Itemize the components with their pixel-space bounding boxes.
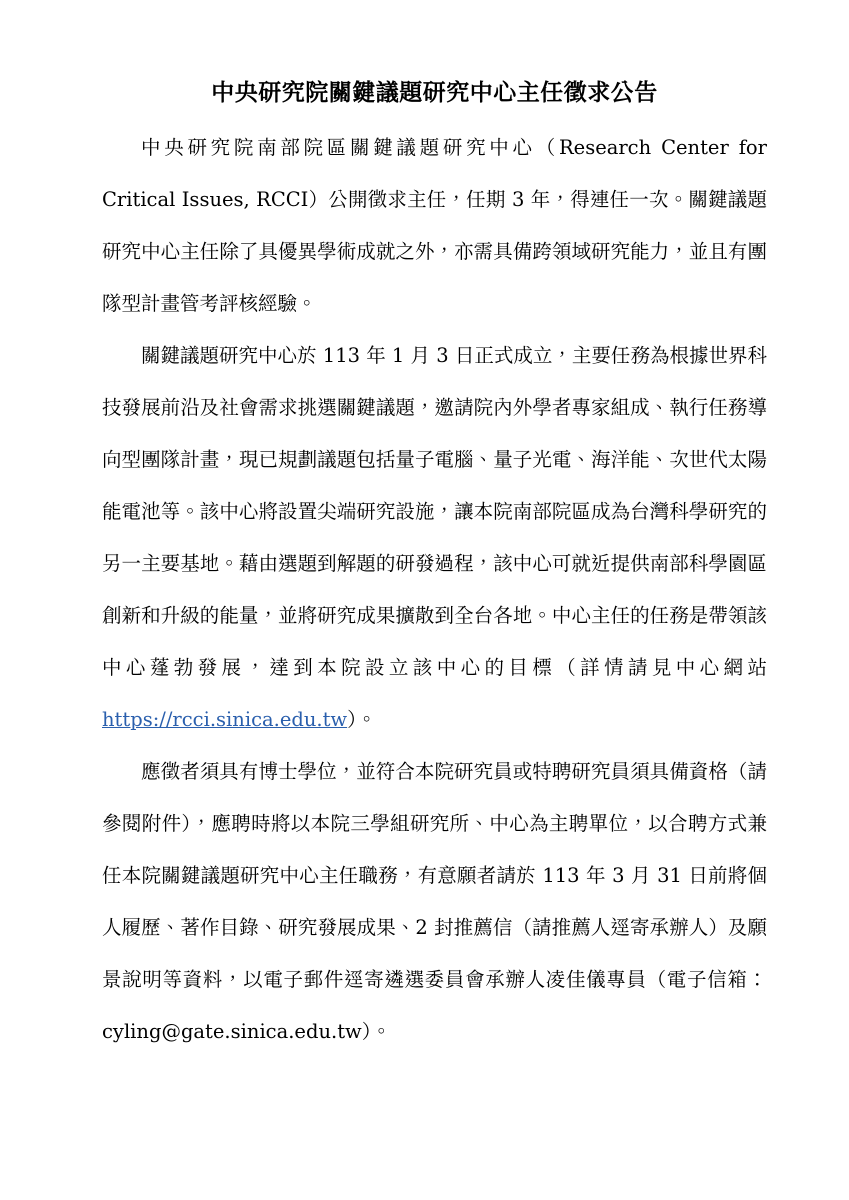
paragraph-application-instructions-closing: ）。 (362, 1020, 391, 1043)
page-title: 中央研究院關鍵議題研究中心主任徵求公告 (102, 72, 767, 114)
paragraph-application-instructions: 應徵者須具有博士學位，並符合本院研究員或特聘研究員須具備資格（請參閱附件），應聘… (102, 746, 767, 1058)
paragraph-intro: 中央研究院南部院區關鍵議題研究中心（Research Center for Cr… (102, 122, 767, 330)
paragraph-center-description-text: 關鍵議題研究中心於 113 年 1 月 3 日正式成立，主要任務為根據世界科技發… (102, 344, 767, 679)
paragraph-center-description: 關鍵議題研究中心於 113 年 1 月 3 日正式成立，主要任務為根據世界科技發… (102, 330, 767, 746)
rcci-website-link[interactable]: https://rcci.sinica.edu.tw (102, 708, 347, 731)
document-page: 中央研究院關鍵議題研究中心主任徵求公告 中央研究院南部院區關鍵議題研究中心（Re… (0, 0, 849, 1200)
paragraph-intro-text: 中央研究院南部院區關鍵議題研究中心（Research Center for Cr… (102, 136, 767, 315)
paragraph-application-instructions-text: 應徵者須具有博士學位，並符合本院研究員或特聘研究員須具備資格（請參閱附件），應聘… (102, 760, 767, 991)
contact-email: cyling@gate.sinica.edu.tw (102, 1020, 362, 1043)
paragraph-center-description-closing: ）。 (347, 708, 376, 731)
